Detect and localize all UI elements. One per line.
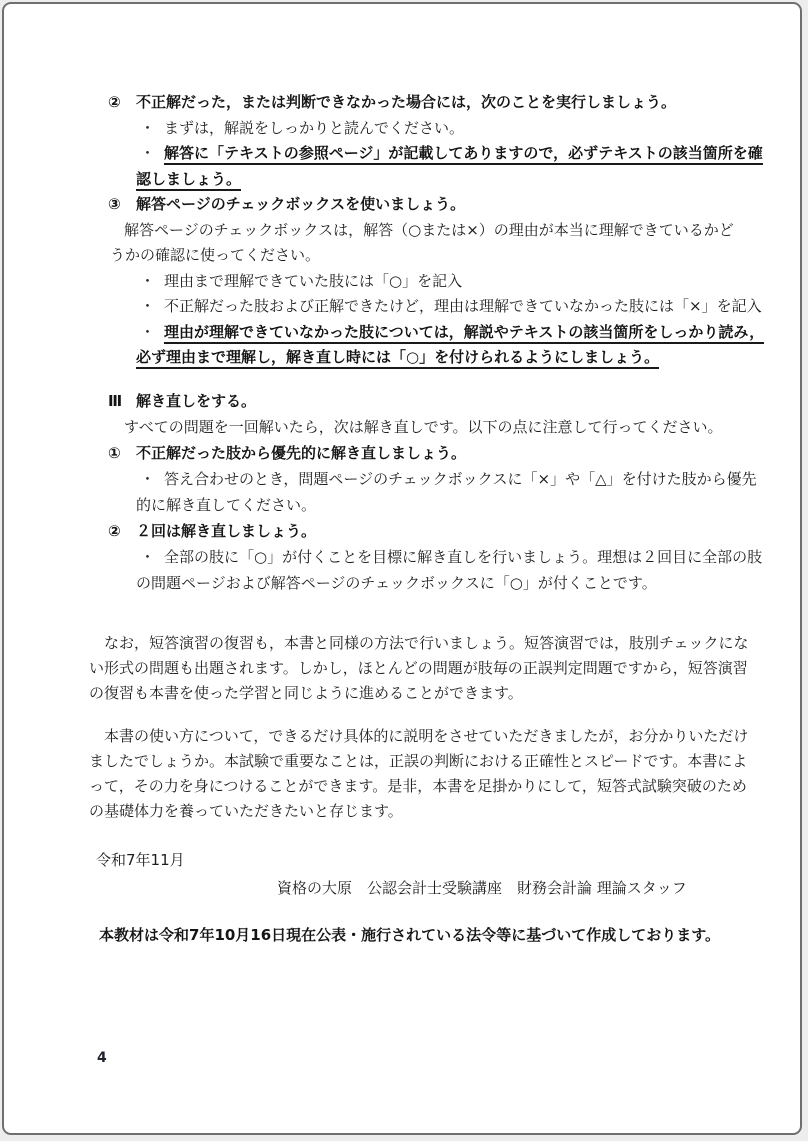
- document-page: ②不正解だった，または判断できなかった場合には，次のことを実行しましょう。 ・ま…: [2, 2, 802, 1135]
- paragraph-text: なお，短答演習の復習も，本書と同様の方法で行いましょう。短答演習では，肢別チェッ…: [104, 634, 749, 652]
- paragraph-line: い形式の問題も出題されます。しかし，ほとんどの問題が肢毎の正誤判定問題ですから，…: [89, 656, 734, 681]
- bullet-text: 不正解だった肢および正解できたけど，理由は理解できていなかった肢には「×」を記入: [164, 297, 762, 315]
- bullet-text: 全部の肢に「○」が付くことを目標に解き直しを行いましょう。理想は２回目に全部の肢: [164, 548, 762, 566]
- section-3-numeral: Ⅲ: [108, 388, 136, 414]
- emphasized-text: 解答に「テキストの参照ページ」が記載してありますので，必ずテキストの該当箇所を確: [164, 144, 763, 165]
- date-text: 令和7年11月: [96, 851, 185, 869]
- section-3-title: 解き直しをする。: [136, 392, 256, 410]
- legal-notice-block: 本教材は令和7年10月16日現在公表・施行されている法令等に基づいて作成しており…: [89, 922, 734, 948]
- paragraph-line: って，その力を身につけることができます。是非，本書を足掛かりにして，短答式試験突…: [89, 774, 734, 799]
- paragraph-line: うかの確認に使ってください。: [89, 243, 734, 269]
- page-number: 4: [97, 1050, 107, 1066]
- item-1-marker: ①: [108, 440, 136, 466]
- bullet-text: 理由まで理解できていた肢には「○」を記入: [164, 272, 462, 290]
- paragraph-text: うかの確認に使ってください。: [110, 246, 320, 264]
- emphasized-text: 必ず理由まで理解し，解き直し時には「○」を付けられるようにしましょう。: [136, 348, 659, 369]
- bullet-line: ・答え合わせのとき，問題ページのチェックボックスに「×」や「△」を付けた肢から優…: [89, 466, 734, 492]
- bullet-line: ・まずは，解説をしっかりと読んでください。: [89, 116, 734, 142]
- section-intro-line: すべての問題を一回解いたら，次は解き直しです。以下の点に注意して行ってください。: [89, 414, 734, 440]
- bullet-text: まずは，解説をしっかりと読んでください。: [164, 119, 464, 137]
- legal-notice-text: 本教材は令和7年10月16日現在公表・施行されている法令等に基づいて作成しており…: [99, 926, 720, 944]
- emphasized-text: 理由が理解できていなかった肢については，解説やテキストの該当箇所をしっかり読み，: [164, 323, 764, 344]
- paragraph-line: の基礎体力を養っていただきたいと存じます。: [89, 799, 734, 824]
- paragraph-line: 解答ページのチェックボックスは，解答（○または×）の理由が本当に理解できているか…: [89, 218, 734, 244]
- page-content: ②不正解だった，または判断できなかった場合には，次のことを実行しましょう。 ・ま…: [89, 90, 734, 948]
- checkbox-instructions-section: ②不正解だった，または判断できなかった場合には，次のことを実行しましょう。 ・ま…: [89, 90, 734, 371]
- bullet-text: の問題ページおよび解答ページのチェックボックスに「○」が付くことです。: [136, 574, 657, 592]
- item-2b-marker: ②: [108, 518, 136, 544]
- list-item-3: ③解答ページのチェックボックスを使いましょう。: [89, 192, 734, 218]
- bullet-icon: ・: [140, 544, 164, 570]
- item-2-title: 不正解だった，または判断できなかった場合には，次のことを実行しましょう。: [136, 93, 676, 111]
- signature-block: 令和7年11月 資格の大原 公認会計士受験講座 財務会計論 理論スタッフ: [89, 846, 734, 902]
- paragraph-text: 本書の使い方について，できるだけ具体的に説明をさせていただきましたが，お分かりい…: [104, 727, 748, 745]
- bullet-line: ・全部の肢に「○」が付くことを目標に解き直しを行いましょう。理想は２回目に全部の…: [89, 544, 734, 570]
- bullet-line: ・理由が理解できていなかった肢については，解説やテキストの該当箇所をしっかり読み…: [89, 320, 734, 346]
- paragraph-line: 本書の使い方について，できるだけ具体的に説明をさせていただきましたが，お分かりい…: [89, 724, 734, 749]
- paragraph-text: 解答ページのチェックボックスは，解答（○または×）の理由が本当に理解できているか…: [124, 221, 734, 239]
- credit-text: 資格の大原 公認会計士受験講座 財務会計論 理論スタッフ: [277, 879, 687, 897]
- paragraph-text: の基礎体力を養っていただきたいと存じます。: [89, 802, 403, 820]
- item-3-marker: ③: [108, 192, 136, 218]
- paragraph-text: い形式の問題も出題されます。しかし，ほとんどの問題が肢毎の正誤判定問題ですから，…: [89, 659, 748, 677]
- paragraph-line: ましたでしょうか。本試験で重要なことは，正誤の判断における正確性とスピードです。…: [89, 749, 734, 774]
- item-2-marker: ②: [108, 90, 136, 116]
- emphasized-text: 認しましょう。: [136, 170, 241, 191]
- item-1-title: 不正解だった肢から優先的に解き直しましょう。: [136, 444, 466, 462]
- section-heading: Ⅲ解き直しをする。: [89, 388, 734, 414]
- list-item-1: ①不正解だった肢から優先的に解き直しましょう。: [89, 440, 734, 466]
- bullet-icon: ・: [140, 141, 164, 167]
- redo-section: Ⅲ解き直しをする。 すべての問題を一回解いたら，次は解き直しです。以下の点に注意…: [89, 388, 734, 596]
- list-item-2b: ②２回は解き直しましょう。: [89, 518, 734, 544]
- bullet-icon: ・: [140, 269, 164, 295]
- list-item-2: ②不正解だった，または判断できなかった場合には，次のことを実行しましょう。: [89, 90, 734, 116]
- bullet-icon: ・: [140, 294, 164, 320]
- paragraph-line: の復習も本書を使った学習と同じように進めることができます。: [89, 681, 734, 706]
- closing-paragraph-2: 本書の使い方について，できるだけ具体的に説明をさせていただきましたが，お分かりい…: [89, 724, 734, 824]
- bullet-continuation-line: 的に解き直してください。: [89, 492, 734, 518]
- date-line: 令和7年11月: [89, 846, 734, 874]
- credit-line: 資格の大原 公認会計士受験講座 財務会計論 理論スタッフ: [89, 874, 734, 902]
- legal-notice-line: 本教材は令和7年10月16日現在公表・施行されている法令等に基づいて作成しており…: [89, 922, 734, 948]
- item-3-title: 解答ページのチェックボックスを使いましょう。: [136, 195, 465, 213]
- bullet-icon: ・: [140, 320, 164, 346]
- bullet-continuation-line: 必ず理由まで理解し，解き直し時には「○」を付けられるようにしましょう。: [89, 345, 734, 371]
- bullet-text: 的に解き直してください。: [136, 496, 316, 514]
- bullet-line: ・解答に「テキストの参照ページ」が記載してありますので，必ずテキストの該当箇所を…: [89, 141, 734, 167]
- bullet-continuation-line: の問題ページおよび解答ページのチェックボックスに「○」が付くことです。: [89, 570, 734, 596]
- bullet-line: ・理由まで理解できていた肢には「○」を記入: [89, 269, 734, 295]
- bullet-icon: ・: [140, 466, 164, 492]
- paragraph-line: なお，短答演習の復習も，本書と同様の方法で行いましょう。短答演習では，肢別チェッ…: [89, 631, 734, 656]
- bullet-text: 答え合わせのとき，問題ページのチェックボックスに「×」や「△」を付けた肢から優先: [164, 470, 757, 488]
- item-2b-title: ２回は解き直しましょう。: [136, 522, 316, 540]
- bullet-line: ・不正解だった肢および正解できたけど，理由は理解できていなかった肢には「×」を記…: [89, 294, 734, 320]
- paragraph-text: ましたでしょうか。本試験で重要なことは，正誤の判断における正確性とスピードです。…: [89, 752, 747, 770]
- paragraph-text: の復習も本書を使った学習と同じように進めることができます。: [89, 684, 523, 702]
- bullet-icon: ・: [140, 116, 164, 142]
- bullet-continuation-line: 認しましょう。: [89, 167, 734, 193]
- closing-paragraph-1: なお，短答演習の復習も，本書と同様の方法で行いましょう。短答演習では，肢別チェッ…: [89, 631, 734, 706]
- intro-text: すべての問題を一回解いたら，次は解き直しです。以下の点に注意して行ってください。: [124, 418, 723, 436]
- paragraph-text: って，その力を身につけることができます。是非，本書を足掛かりにして，短答式試験突…: [89, 777, 747, 795]
